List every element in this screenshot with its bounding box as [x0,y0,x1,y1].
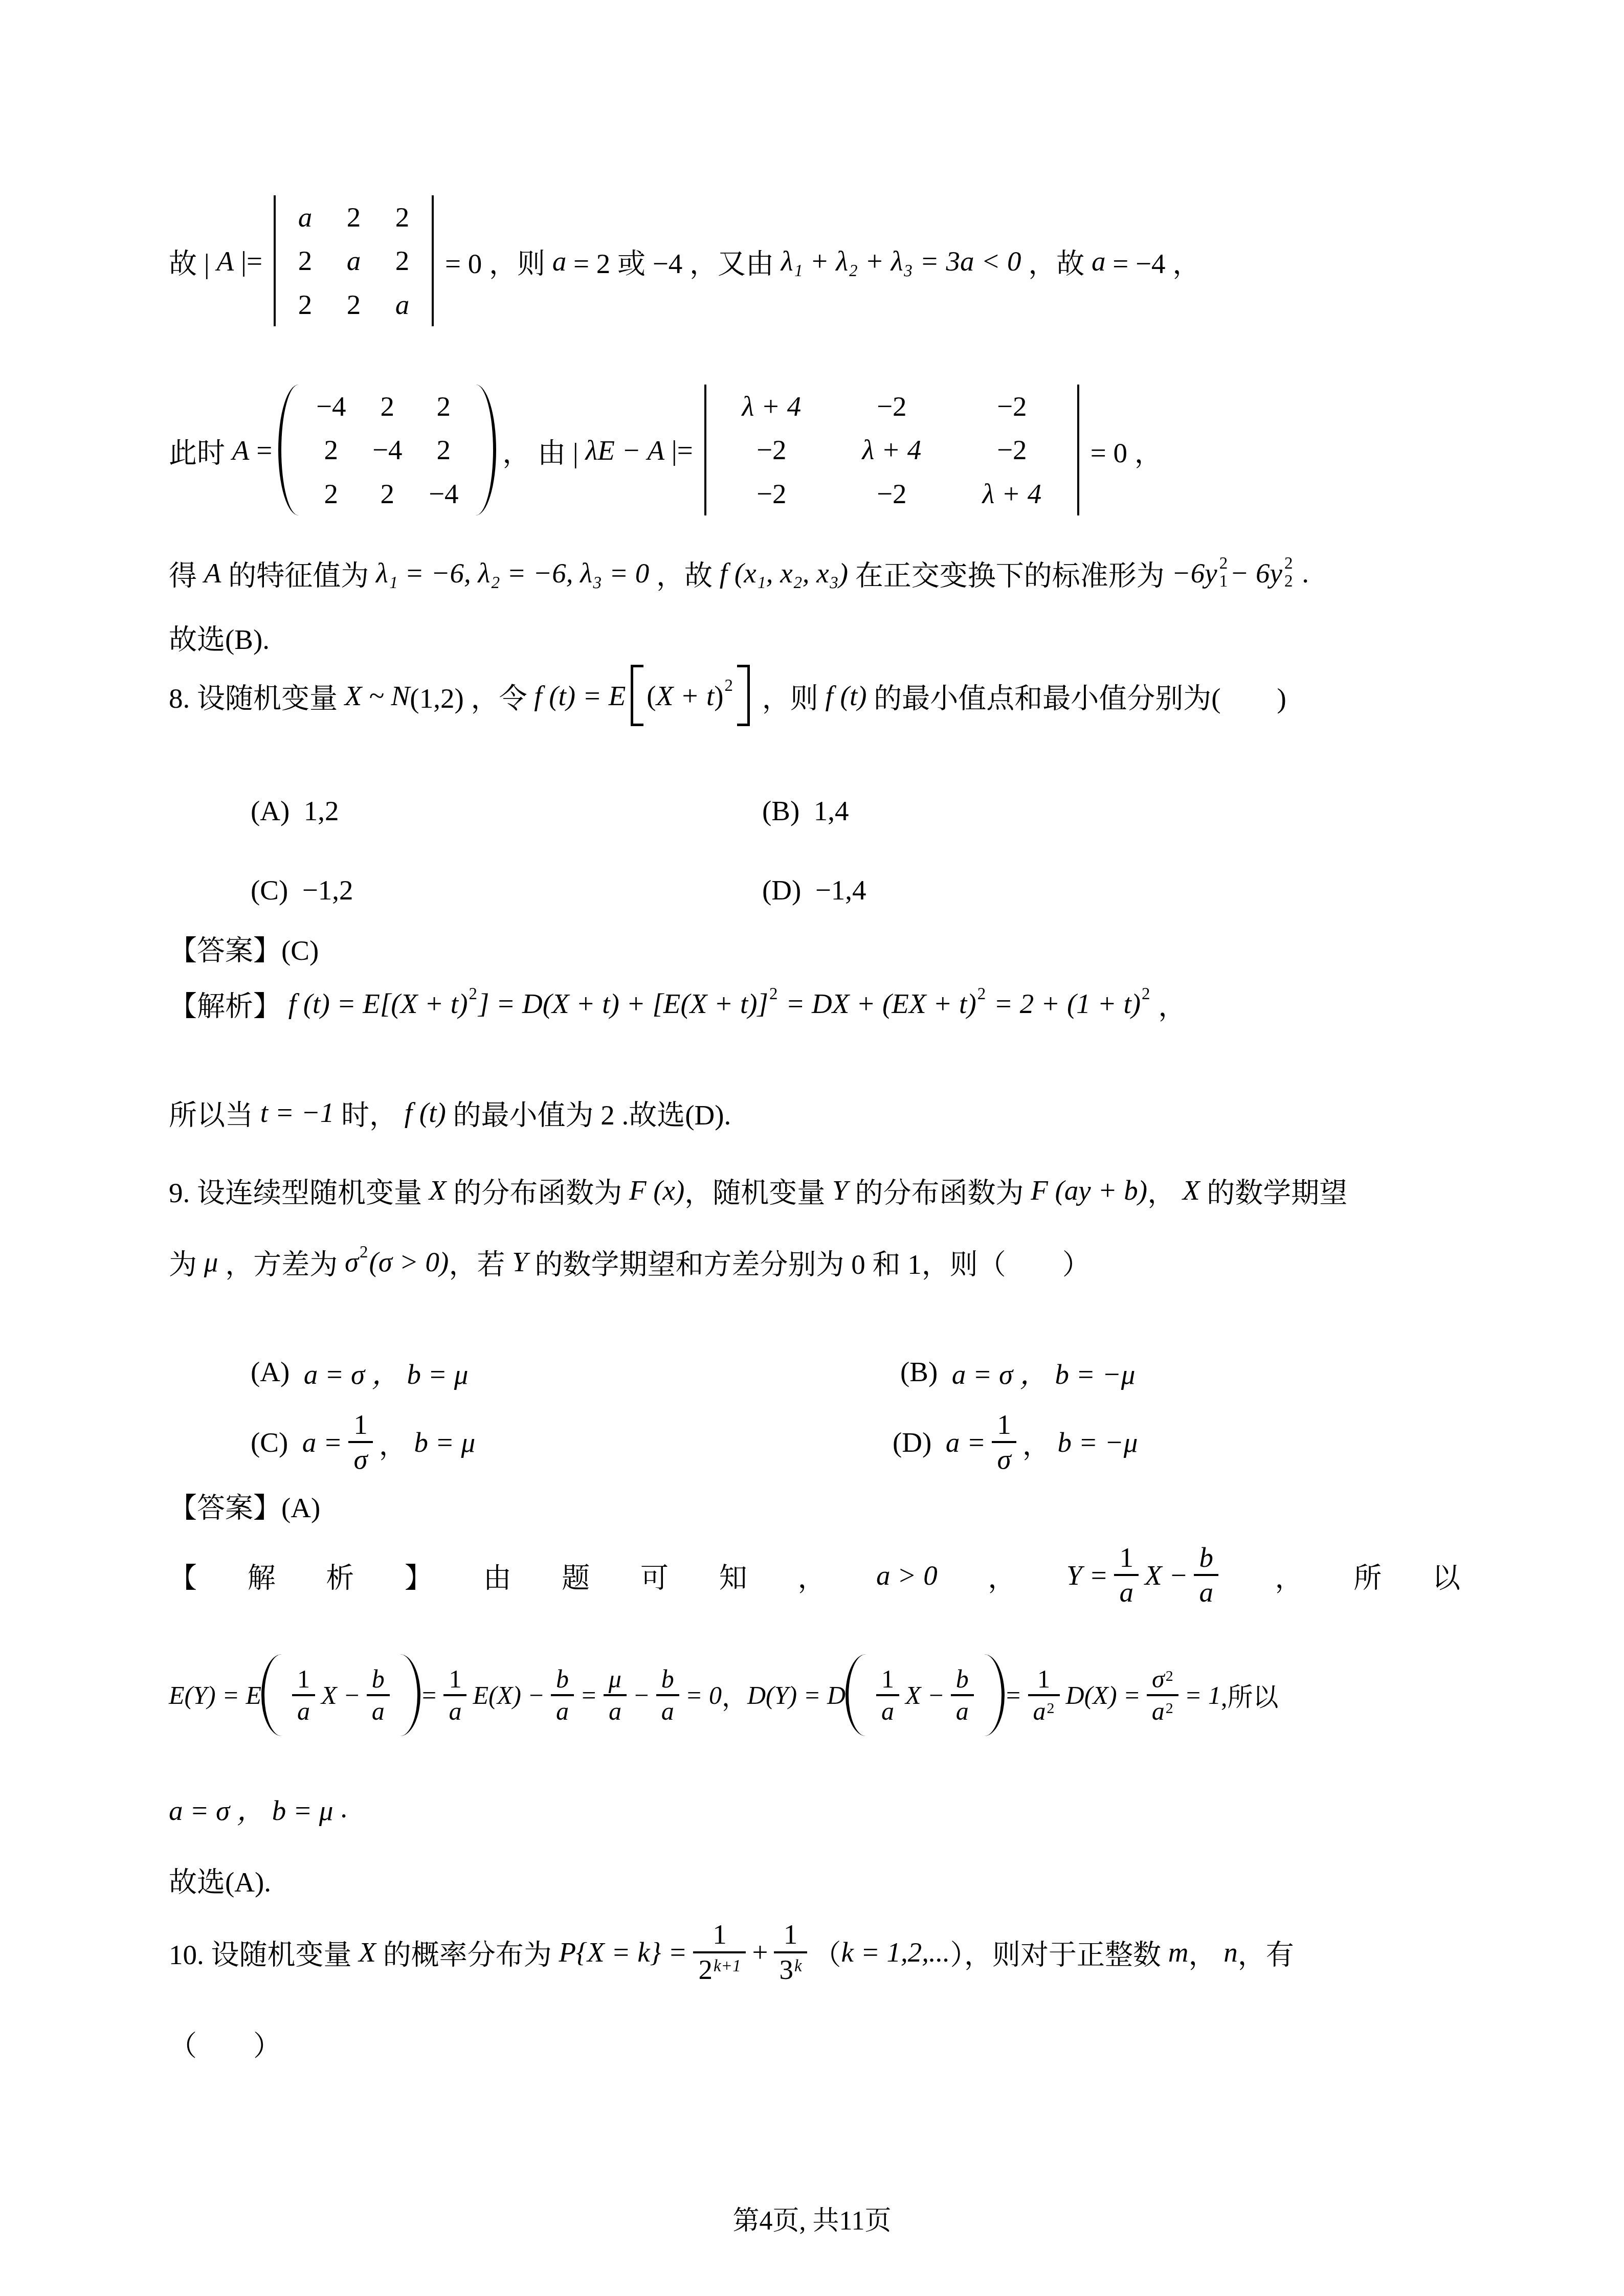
math-seg: 3 [779,1954,793,1985]
fraction: b a [1194,1541,1218,1609]
supsub-stack: 2 1 [1219,555,1228,590]
math-seg: D(X) = [1066,1680,1141,1710]
math-seg: λ₁ = −6, λ₂ = −6, λ₃ = 0 [376,557,649,589]
math-seg: X [359,1936,376,1968]
matrix-cell: 2 [415,428,472,471]
text-seg: （ [813,1932,841,1972]
math-seg: a [1092,245,1106,277]
text-seg: ) [714,680,723,712]
sup: 2 [1166,1668,1173,1684]
text-seg: 【解析】 [169,983,288,1024]
frac-num: b [656,1664,679,1694]
frac-num: 1 [876,1664,899,1694]
text-seg: 此时 [169,430,232,470]
math-seg: a [1152,1697,1165,1725]
paren-right [984,1654,1005,1736]
det-bar-left [704,385,706,515]
paren-right [400,1654,420,1736]
math-seg: X ~ N [345,680,410,712]
paren-right [476,385,496,515]
text-seg: 由 [483,1555,511,1595]
supsub-stack: 2 2 [1284,555,1293,590]
frac-den: a2 [1028,1696,1060,1726]
math-seg: f (t) = E[(X + t) [288,987,468,1020]
paren-left [846,1654,866,1736]
text-seg: 故 | [169,241,217,281]
matrix-row: 2 a 2 [281,239,427,282]
text-seg: ， [1151,983,1186,1024]
frac-den: σ [992,1443,1016,1476]
math-seg: a = σ ， b = −μ [952,1352,1136,1392]
frac-den: a [367,1696,390,1726]
math-seg: a [552,245,567,277]
math-seg: = 1 [1185,1680,1221,1710]
text-seg: = 2 或 −4 ，又由 [566,241,781,281]
text-seg: 的最小值点和最小值分别为( ) [866,676,1286,716]
text-seg: 的数学期望 [1200,1170,1348,1210]
sup: 2 [360,1243,368,1262]
math-seg: F (x) [629,1174,684,1206]
matrix-cell: 2 [303,428,359,471]
text-seg: (C) [251,1426,302,1458]
math-seg: m [1168,1936,1189,1968]
sup: 2 [1219,555,1228,573]
text-seg: = 0 ， [1091,430,1163,470]
math-seg: −6 [1172,557,1205,589]
text-seg: (D) [893,1426,946,1458]
frac-num: b [367,1664,390,1694]
q9-option-c: (C) a = 1 σ ， b = μ [251,1408,475,1476]
line-det-a: 故 | A |= a 2 2 2 a 2 2 2 a [169,197,1200,325]
frac-den: a [1114,1576,1139,1609]
math-seg: E(Y) = E [169,1680,261,1710]
q10-answer-blank: （ ） [169,2024,281,2062]
frac-num: b [951,1664,974,1694]
sup: 2 [725,677,733,695]
text-seg: (B) [900,1356,952,1388]
matrix-cell: 2 [378,239,427,282]
det-bar-right [1077,385,1079,515]
matrix-cell: −2 [952,428,1072,471]
matrix-cell: −2 [711,472,832,515]
math-seg: k = 1,2,... [841,1936,950,1968]
frac-num: 1 [292,1664,315,1694]
frac-num: 1 [778,1918,803,1951]
text-seg: ,所以 [1221,1677,1279,1714]
matrix-row: −2 λ + 4 −2 [711,428,1072,471]
math-seg: = DX + (EX + t) [778,987,976,1020]
matrix-cell: λ + 4 [952,472,1072,515]
math-seg: y [1270,557,1282,589]
text-seg: (D) −1,4 [762,874,866,906]
math-seg: E(X) − [473,1680,545,1710]
math-seg: Y [832,1174,848,1206]
matrix-cell: −4 [303,385,359,428]
frac-den: a [876,1696,899,1726]
frac-den: a [951,1696,974,1726]
math-seg: a [1033,1697,1046,1725]
text-seg: = −4 ， [1106,241,1201,281]
math-seg: a = σ ， b = μ [304,1352,468,1392]
line-answer-7: 故选(B). [169,619,270,655]
text-seg: (1,2) ，令 [410,676,534,716]
math-seg: f (t) [826,680,867,712]
math-seg: λE − A [585,434,664,466]
q9-statement-2: 为 μ ，方差为 σ 2 (σ > 0) ，若 Y 的数学期望和方差分别为 0 … [169,1237,1091,1286]
text-seg: 以 [1432,1555,1460,1595]
text-seg: ，故 [1021,241,1092,281]
frac-num: 1 [348,1408,373,1442]
fraction: σ2 a2 [1147,1664,1178,1726]
math-seg: a = [302,1426,342,1458]
math-seg: a = [946,1426,986,1458]
matrix-cell: 2 [281,239,329,282]
sup: 2 [1284,555,1293,573]
frac-num: 1 [1032,1664,1055,1694]
text-seg: 析 [326,1555,354,1595]
math-seg: − [633,1680,650,1710]
matrix-cell: 2 [415,385,472,428]
fraction: ba [656,1664,679,1726]
text-seg: 故选(B). [169,617,270,657]
q10-statement: 10. 设随机变量 X 的概率分布为 P{X = k} = 1 2k+1 + 1… [169,1915,1294,1989]
q9-option-b: (B) a = σ ， b = −μ [900,1352,1135,1392]
frac-den: 2k+1 [693,1953,746,1987]
matrix-rows: λ + 4 −2 −2 −2 λ + 4 −2 −2 −2 λ + 4 [711,385,1072,515]
text-seg: = [249,434,272,466]
text-seg: 故选(A). [169,1859,271,1900]
math-seg: X − [1145,1559,1188,1591]
det-bar-left [274,195,276,326]
math-seg: = 2 + (1 + t) [987,987,1141,1020]
text-seg: 时， [334,1092,405,1133]
math-seg: X − [321,1680,361,1710]
text-seg: |= [234,245,262,277]
frac-num: σ2 [1147,1664,1178,1694]
text-seg: 得 [169,553,204,593]
frac-num: μ [604,1664,627,1694]
text-seg: . [1295,557,1309,589]
matrix-cell: 2 [359,472,415,515]
text-seg: ，有 [1238,1932,1294,1972]
matrix-cell: 2 [378,195,427,239]
matrix-cell: 2 [329,195,378,239]
text-seg: = 0 ，则 [445,241,552,281]
text-seg: 为 [169,1242,204,1282]
text-seg: 可 [640,1555,669,1595]
q8-solution: 【解析】 f (t) = E[(X + t) 2 ] = D(X + t) + … [169,979,1186,1028]
q9-equation: E(Y) = E 1a X − ba = 1a E(X) − ba = μa −… [169,1654,1279,1736]
matrix-cell: 2 [303,472,359,515]
math-seg: a > 0 [876,1559,938,1591]
text-seg: 的数学期望和方差分别为 0 和 1，则（ ） [528,1242,1091,1282]
q9-options-row-2: (C) a = 1 σ ， b = μ (D) a = 1 σ ， b = −μ [0,1409,1624,1475]
matrix-cell: −4 [415,472,472,515]
matrix-cell: −4 [359,428,415,471]
text-seg: ( [647,680,656,712]
text-seg: 8. 设随机变量 [169,676,345,716]
bracket-right [737,665,750,726]
frac-num: b [551,1664,574,1694]
q8-option-b: (B) 1,4 [762,795,849,827]
text-seg: 所以当 [169,1092,260,1133]
matrix-row: 2 2 a [281,283,427,326]
text-seg: ， [1275,1555,1303,1595]
text-seg: 】 [405,1555,433,1595]
sub: 2 [1284,573,1293,591]
math-seg: = [420,1680,438,1710]
fraction: μa [604,1664,627,1726]
matrix-cell: −2 [711,428,832,471]
bracket-left [631,665,643,726]
fraction: ba [367,1664,390,1726]
math-seg: D(Y) = D [747,1680,846,1710]
q9-solution-intro: 【 解 析 】 由 题 可 知 ， a > 0 ， Y = 1 a X − b … [169,1542,1460,1608]
determinant-a: a 2 2 2 a 2 2 2 a [269,195,439,326]
math-seg: A [217,245,234,277]
frac-num: 1 [992,1408,1016,1442]
math-seg: Y = [1066,1559,1108,1591]
frac-den: a [1194,1576,1218,1609]
q9-conclusion: 故选(A). [169,1861,271,1897]
matrix-row: 2 2 −4 [303,472,472,515]
q9-option-d: (D) a = 1 σ ， b = −μ [893,1408,1138,1476]
matrix-rows: a 2 2 2 a 2 2 2 a [281,195,427,326]
text-seg: (C) −1,2 [251,874,353,906]
q9-answer: 【答案】(A) [169,1487,320,1523]
matrix-cell: a [378,283,427,326]
matrix-row: a 2 2 [281,195,427,239]
fraction: 1a [292,1664,315,1726]
text-seg: ， [797,1555,826,1595]
matrix-cell: λ + 4 [711,385,832,428]
frac-num: b [1194,1541,1218,1574]
text-seg: ， 由 | [502,430,585,470]
math-seg: μ [204,1246,218,1278]
frac-den: a [551,1696,574,1726]
matrix-cell: a [329,239,378,282]
text-seg: 的分布函数为 [848,1170,1031,1210]
q8-options-row-2: (C) −1,2 (D) −1,4 [0,872,1624,908]
text-seg: ， [1022,1422,1058,1462]
text-seg: ，随机变量 [684,1170,832,1210]
sub: 1 [1219,573,1228,591]
page-footer: 第4页, 共11页 [0,2199,1624,2237]
text-seg: ，若 [449,1242,512,1282]
fraction: 1 a [1114,1541,1139,1609]
math-seg: 2 [698,1954,713,1985]
sup: k [794,1957,802,1975]
sup: k+1 [714,1957,741,1975]
sup: 2 [1142,985,1150,1004]
q8-option-c: (C) −1,2 [251,874,353,906]
matrix-a: −4 2 2 2 −4 2 2 2 −4 [278,385,496,515]
q8-options-row-1: (A) 1,2 (B) 1,4 [0,793,1624,828]
fraction: 1 a2 [1028,1664,1060,1726]
sup: 2 [1166,1700,1173,1717]
text-seg: . [333,1792,347,1824]
math-seg: f (t) [405,1096,446,1129]
matrix-cell: −2 [832,385,952,428]
math-seg: F (ay + b) [1031,1174,1147,1206]
page-number: 第4页, 共11页 [732,2207,891,2236]
frac-den: a [604,1696,627,1726]
sup: 2 [977,985,986,1004]
math-seg: σ [345,1246,359,1278]
text-seg: （ ） [169,2023,281,2063]
text-seg: 的特征值为 [221,553,376,593]
text-seg: ，故 [649,553,720,593]
text-seg: ，方差为 [218,1242,345,1282]
matrix-row: −2 −2 λ + 4 [711,472,1072,515]
fraction: 1a [443,1664,466,1726]
math-seg: X + t [656,680,715,712]
text-seg: 知 [719,1555,747,1595]
frac-den: a [443,1696,466,1726]
text-seg: 【 [169,1555,197,1595]
matrix-cell: −2 [832,472,952,515]
math-seg: = [1005,1680,1022,1710]
math-seg: A [232,434,250,466]
text-seg: 的概率分布为 [376,1932,559,1972]
math-seg: y [1205,557,1217,589]
sup: 2 [469,985,477,1004]
y-expression: Y = 1 a X − b a [1066,1541,1225,1609]
q8-statement: 8. 设随机变量 X ~ N (1,2) ，令 f (t) = E ( X + … [169,665,1286,726]
text-seg: ， [379,1422,414,1462]
q9-options-row-1: (A) a = σ ， b = μ (B) a = σ ， b = −μ [0,1353,1624,1391]
math-seg: λ₁ + λ₂ + λ₃ = 3a < 0 [781,245,1021,277]
q8-answer: 【答案】(C) [169,930,319,965]
math-seg: b = −μ [1058,1426,1138,1458]
q9-option-a: (A) a = σ ， b = μ [251,1352,468,1392]
frac-num: 1 [1114,1541,1139,1574]
line-eigenvalues: 得 A 的特征值为 λ₁ = −6, λ₂ = −6, λ₃ = 0 ，故 f … [169,550,1309,596]
paren-left [278,385,299,515]
frac-den: a [656,1696,679,1726]
q8-option-a: (A) 1,2 [251,795,339,827]
fraction: ba [551,1664,574,1726]
frac-den: a2 [1147,1696,1178,1726]
text-seg: 在正交变换下的标准形为 [848,553,1172,593]
matrix-cell: a [281,195,329,239]
frac-den: a [292,1696,315,1726]
frac-den: σ [348,1443,372,1476]
text-seg: ， [1188,1932,1223,1972]
math-seg: = 0 [685,1680,722,1710]
math-seg: Y [512,1246,528,1278]
fraction: 1 2k+1 [693,1918,746,1986]
text-seg: ），则对于正整数 [950,1932,1168,1972]
matrix-cell: −2 [952,385,1072,428]
line-matrix-a: 此时 A = −4 2 2 2 −4 2 2 2 −4 [169,376,1163,524]
text-seg: 【答案】(A) [169,1485,320,1525]
q8-option-d: (D) −1,4 [762,874,866,906]
text-seg: 【答案】(C) [169,928,319,968]
math-seg: X [429,1174,447,1206]
text-seg: |= [664,434,693,466]
math-seg: σ [1152,1664,1165,1693]
math-seg: a = σ ， b = μ [169,1788,333,1828]
det-bar-right [432,195,434,326]
math-seg: f (x₁, x₂, x₃) [720,557,848,589]
math-seg: − 6 [1230,557,1270,589]
text-seg: 所 [1353,1555,1382,1595]
sup: 2 [769,985,778,1004]
exam-solution-page: 故 | A |= a 2 2 2 a 2 2 2 a [0,0,1624,2296]
text-seg: 10. 设随机变量 [169,1932,359,1972]
frac-num: 1 [443,1664,466,1694]
text-seg: ，则 [755,676,826,716]
math-seg: ] = D(X + t) + [E(X + t)] [478,987,768,1020]
char-determinant: λ + 4 −2 −2 −2 λ + 4 −2 −2 −2 λ + 4 [699,385,1084,515]
matrix-rows: −4 2 2 2 −4 2 2 2 −4 [303,385,472,515]
math-seg: f (t) = E [534,680,626,712]
fraction: ba [951,1664,974,1726]
text-seg: 的最小值为 2 .故选(D). [446,1092,731,1133]
q9-statement-1: 9. 设连续型随机变量 X 的分布函数为 F (x) ，随机变量 Y 的分布函数… [169,1166,1347,1214]
math-seg: t = −1 [260,1096,335,1129]
matrix-cell: 2 [281,283,329,326]
math-seg: P{X = k} = [559,1936,687,1968]
text-seg: ， [988,1555,1016,1595]
fraction: 1 3k [774,1918,807,1986]
matrix-cell: 2 [329,283,378,326]
text-seg: 题 [562,1555,590,1595]
text-seg: 解 [248,1555,276,1595]
text-seg: (A) 1,2 [251,795,339,827]
math-seg: (σ > 0) [369,1246,449,1278]
q9-result: a = σ ， b = μ . [169,1790,347,1826]
math-seg: X − [905,1680,945,1710]
matrix-cell: λ + 4 [832,428,952,471]
text-seg: 9. 设连续型随机变量 [169,1170,429,1210]
frac-num: 1 [707,1918,732,1951]
text-seg: (B) 1,4 [762,795,849,827]
text-seg: + [752,1936,768,1968]
math-seg: = [580,1680,597,1710]
math-seg: b = μ [414,1426,475,1458]
q8-conclusion: 所以当 t = −1 时， f (t) 的最小值为 2 .故选(D). [169,1092,731,1133]
matrix-cell: 2 [359,385,415,428]
text-seg: ， [722,1677,747,1714]
fraction: 1 σ [992,1408,1016,1476]
text-seg: (A) [251,1356,304,1388]
text-seg: 的分布函数为 [446,1170,629,1210]
matrix-row: −4 2 2 [303,385,472,428]
fraction: 1 σ [348,1408,373,1476]
fraction: 1a [876,1664,899,1726]
paren-left [261,1654,282,1736]
matrix-row: 2 −4 2 [303,428,472,471]
math-seg: A [204,557,221,589]
math-seg: X [1183,1174,1200,1206]
frac-den: 3k [774,1953,807,1987]
sup: 2 [1047,1700,1055,1717]
math-seg: n [1223,1936,1238,1968]
matrix-row: λ + 4 −2 −2 [711,385,1072,428]
text-seg: ， [1147,1170,1183,1210]
